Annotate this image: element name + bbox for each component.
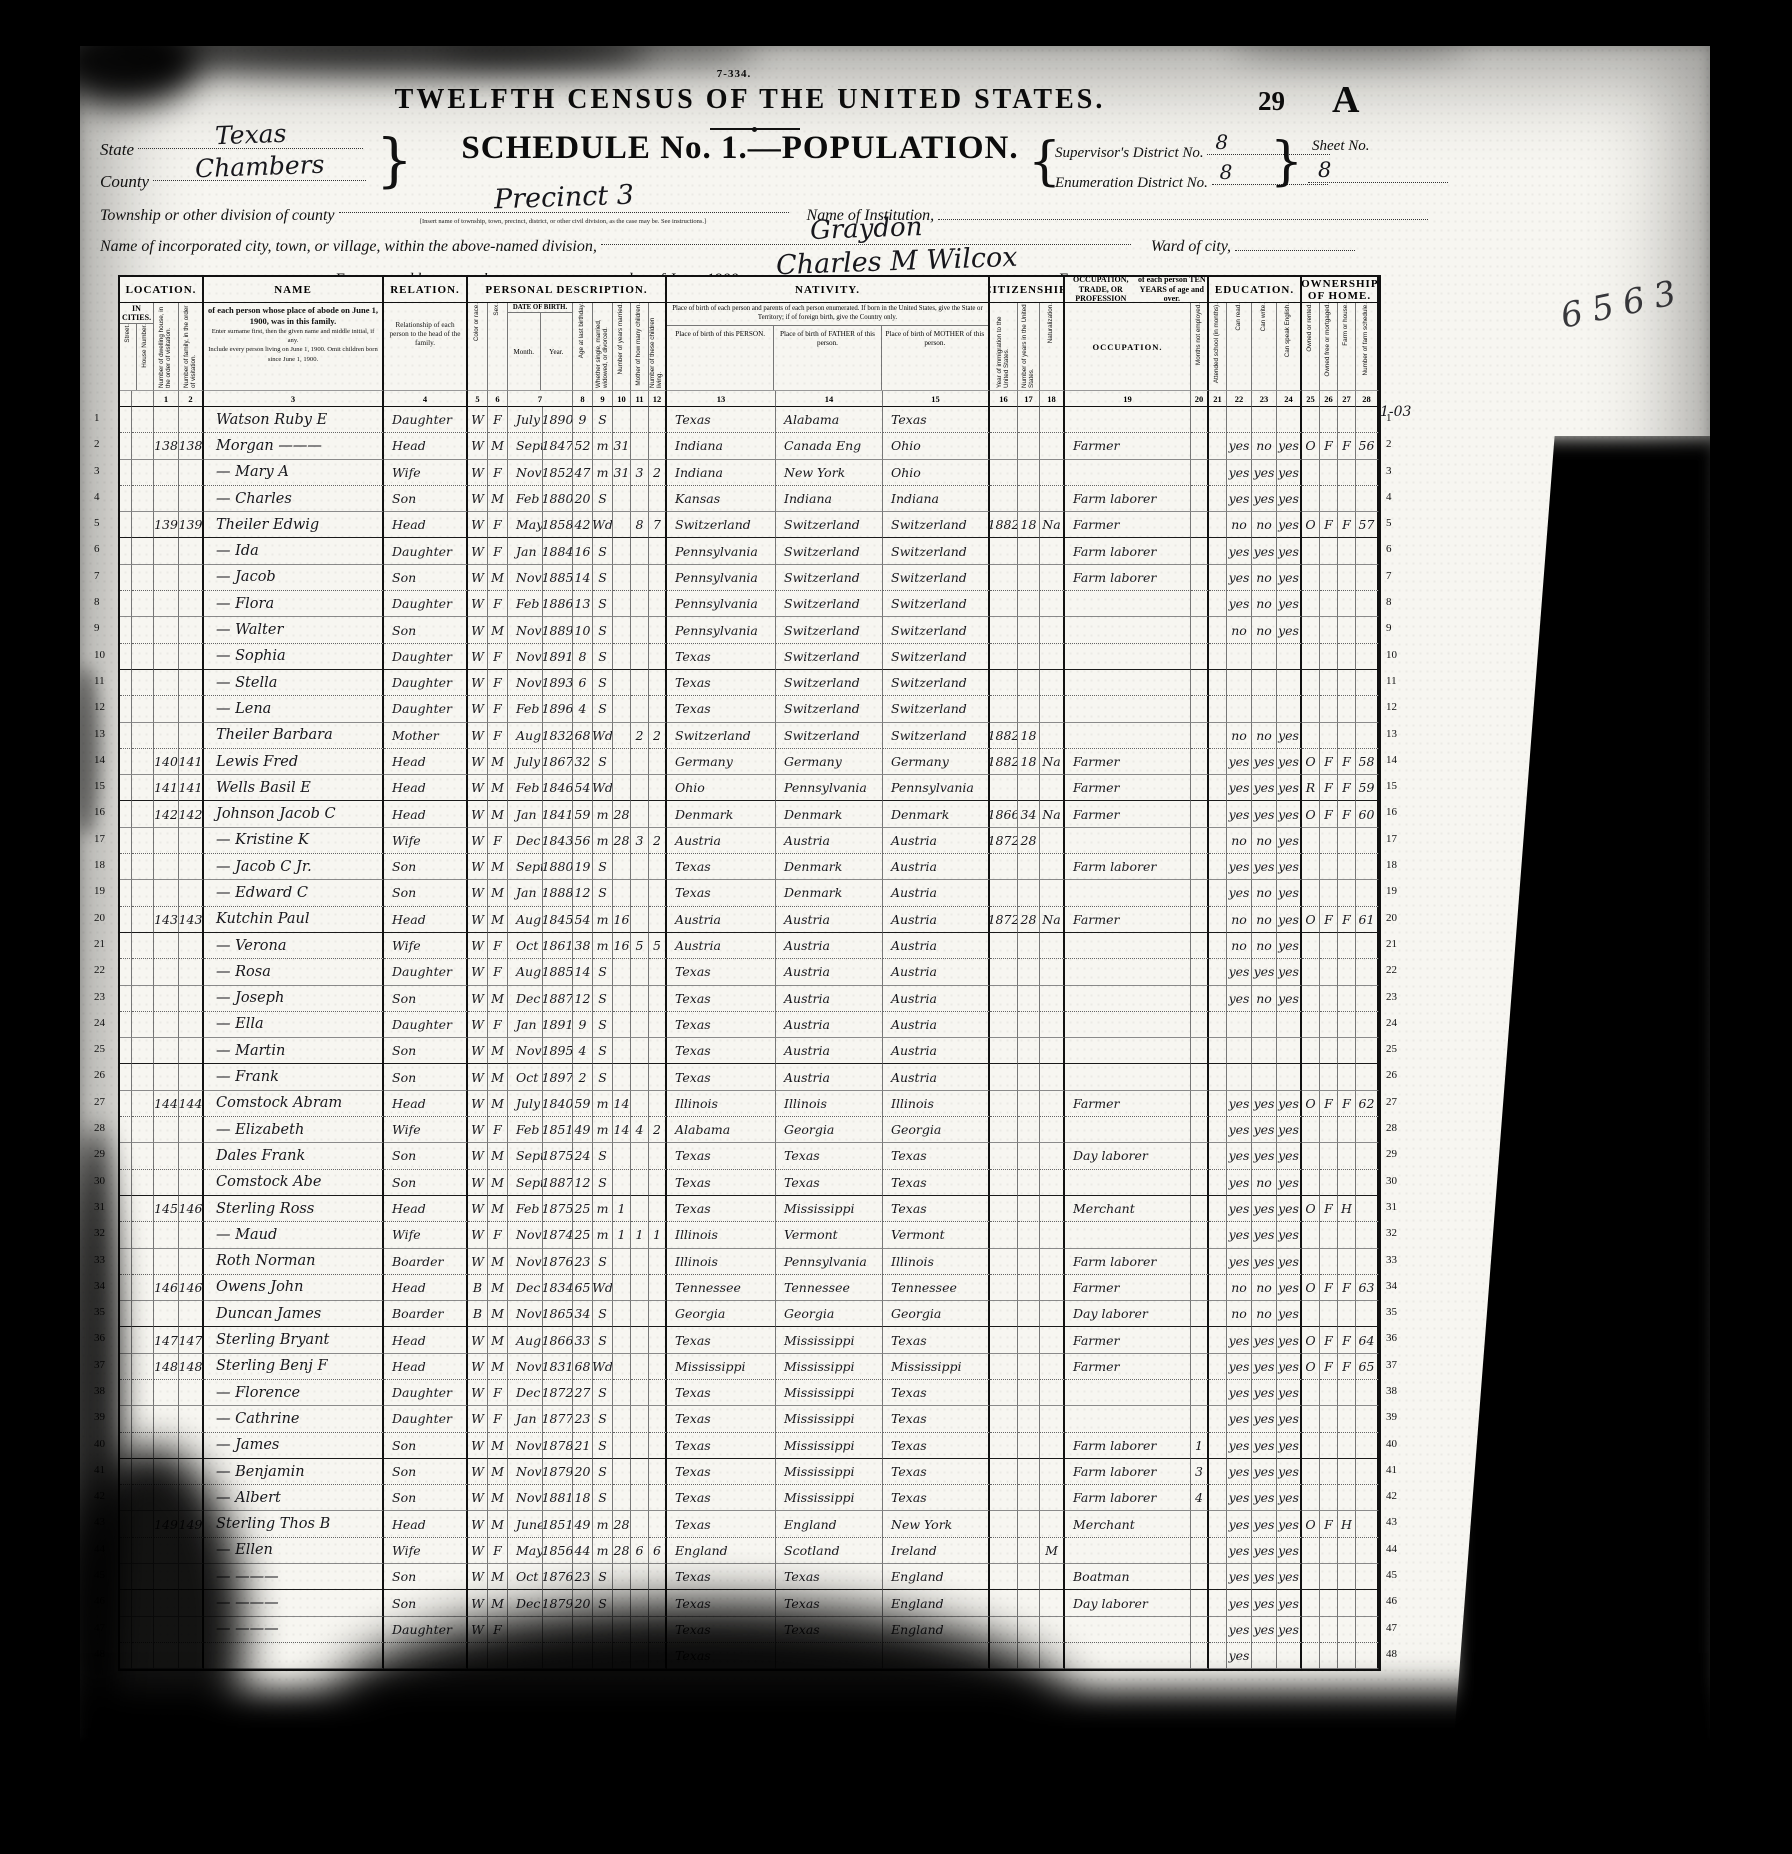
cell-naturalization <box>1040 959 1065 985</box>
occupation-group-line2: of each person TEN YEARS of age and over… <box>1137 277 1207 303</box>
cell-naturalization <box>1040 433 1065 459</box>
cell-birthplace: Austria <box>667 933 776 959</box>
cell-years-in-us <box>1018 1354 1040 1380</box>
cell-attended-school <box>1209 1511 1227 1537</box>
cell-years-married <box>613 1064 631 1090</box>
cell-race: W <box>468 959 488 985</box>
cell-relation: Daughter <box>384 670 468 696</box>
cell-birth-month: Jan <box>508 1012 543 1038</box>
cell-marital: S <box>593 1380 613 1406</box>
cell-marital: S <box>593 1327 613 1353</box>
cell-children-living <box>649 1511 667 1537</box>
cell-marital: S <box>593 591 613 617</box>
state-label: State <box>100 140 134 159</box>
cell-birth-month: Nov <box>508 1354 543 1380</box>
cell-occupation <box>1065 723 1191 749</box>
cell-birth-year: 1846 <box>543 775 573 801</box>
cell-owned-rented: O <box>1302 749 1320 775</box>
row-number: 7 <box>1386 563 1410 589</box>
cell-years-in-us <box>1018 1275 1040 1301</box>
cell-owned-free <box>1320 1038 1338 1064</box>
cell-street <box>120 828 132 854</box>
cell-farm-schedule <box>1356 565 1379 591</box>
cell-years-in-us <box>1018 1459 1040 1485</box>
column-number: 20 <box>1191 391 1209 407</box>
decorative: Can read. <box>1236 303 1243 333</box>
cell-birth-month: Jan <box>508 801 543 827</box>
cell-house-number <box>132 1590 154 1616</box>
cell-farm-schedule: 62 <box>1356 1091 1379 1117</box>
cell-age: 59 <box>573 801 593 827</box>
cell-months-not-employed <box>1191 775 1209 801</box>
cell-can-read: yes <box>1227 1590 1252 1616</box>
cell-immigration-year <box>990 1222 1018 1248</box>
cell-years-in-us <box>1018 407 1040 433</box>
cell-house-number <box>132 854 154 880</box>
cell-owned-free <box>1320 986 1338 1012</box>
cell-sex: F <box>488 644 508 670</box>
cell-father-birthplace: Pennsylvania <box>776 775 883 801</box>
cell-attended-school <box>1209 1249 1227 1275</box>
cell-father-birthplace: Switzerland <box>776 670 883 696</box>
cell-mother-birthplace: Texas <box>883 1143 990 1169</box>
cell-months-not-employed <box>1191 1064 1209 1090</box>
cell-birthplace: Texas <box>667 1143 776 1169</box>
cell-owned-free <box>1320 1301 1338 1327</box>
cell-years-in-us <box>1018 1196 1040 1222</box>
cell-father-birthplace: Texas <box>776 1590 883 1616</box>
cell-farm-house <box>1338 723 1356 749</box>
city-value: Graydon <box>809 212 922 246</box>
cell-marital: S <box>593 1406 613 1432</box>
cell-age: 12 <box>573 880 593 906</box>
cell-age: 56 <box>573 828 593 854</box>
cell-dwelling <box>154 538 179 564</box>
cell-can-write: no <box>1252 512 1277 538</box>
cell-attended-school <box>1209 1380 1227 1406</box>
cell-children-living <box>649 1485 667 1511</box>
cell-farm-schedule <box>1356 1617 1379 1643</box>
cell-race: W <box>468 538 488 564</box>
cell-can-write: yes <box>1252 1222 1277 1248</box>
cell-age: 23 <box>573 1564 593 1590</box>
cell-naturalization <box>1040 1064 1065 1090</box>
township-note: [Insert name of township, town, precinct… <box>348 218 778 225</box>
cell-years-married: 28 <box>613 828 631 854</box>
cell-months-not-employed <box>1191 1511 1209 1537</box>
cell-years-married: 28 <box>613 1538 631 1564</box>
cell-dwelling <box>154 854 179 880</box>
cell-birth-month: Jan <box>508 880 543 906</box>
cell-owned-rented <box>1302 1380 1320 1406</box>
cell-farm-schedule <box>1356 959 1379 985</box>
cell-dwelling: 149 <box>154 1511 179 1537</box>
cell-can-speak-english <box>1277 644 1302 670</box>
cell-birth-year: 1840 <box>543 1091 573 1117</box>
cell-months-not-employed <box>1191 959 1209 985</box>
cell-children-living <box>649 1459 667 1485</box>
row-number: 24 <box>94 1010 118 1036</box>
cell-can-speak-english: yes <box>1277 880 1302 906</box>
cell-attended-school <box>1209 1459 1227 1485</box>
cell-relation: Head <box>384 1327 468 1353</box>
cell-mother-of <box>631 1091 649 1117</box>
cell-mother-birthplace: Switzerland <box>883 591 990 617</box>
cell-birth-year: 1880 <box>543 486 573 512</box>
col-group-ownership_group: OWNERSHIP OF HOME. <box>1302 277 1379 303</box>
cell-farm-house: F <box>1338 1327 1356 1353</box>
cell-owned-rented <box>1302 460 1320 486</box>
cell-marital: m <box>593 828 613 854</box>
cell-marital: S <box>593 1301 613 1327</box>
cell-children-living <box>649 433 667 459</box>
cell-owned-rented: O <box>1302 1327 1320 1353</box>
cell-attended-school <box>1209 1222 1227 1248</box>
cell-months-not-employed: 1 <box>1191 1433 1209 1459</box>
cell-farm-schedule <box>1356 1511 1379 1537</box>
cell-relation: Head <box>384 1511 468 1537</box>
cell-immigration-year: 1866 <box>990 801 1018 827</box>
cell-family <box>179 959 204 985</box>
cell-dwelling <box>154 986 179 1012</box>
cell-birth-month: Aug <box>508 723 543 749</box>
cell-birth-year: 1886 <box>543 591 573 617</box>
cell-house-number <box>132 670 154 696</box>
cell-farm-schedule <box>1356 696 1379 722</box>
cell-can-write: no <box>1252 723 1277 749</box>
cell-father-birthplace: Switzerland <box>776 696 883 722</box>
cell-owned-rented <box>1302 1301 1320 1327</box>
cell-dwelling <box>154 460 179 486</box>
cell-years-in-us <box>1018 1038 1040 1064</box>
cell-birth-year: 1885 <box>543 565 573 591</box>
cell-owned-free <box>1320 565 1338 591</box>
cell-years-married <box>613 670 631 696</box>
cell-birth-month: Aug <box>508 907 543 933</box>
cell-owned-free <box>1320 1459 1338 1485</box>
cell-birth-year: 1843 <box>543 828 573 854</box>
cell-mother-birthplace: Texas <box>883 1459 990 1485</box>
row-numbers-right: 1234567891011121314151617181920212223242… <box>1386 405 1410 1667</box>
decorative: Months not employed. <box>1196 303 1203 367</box>
cell-years-in-us: 18 <box>1018 723 1040 749</box>
cell-years-married <box>613 1012 631 1038</box>
cell-attended-school <box>1209 591 1227 617</box>
cell-dwelling <box>154 1643 179 1669</box>
cell-house-number <box>132 1091 154 1117</box>
cell-birth-year: 1872 <box>543 1380 573 1406</box>
cell-birth-month: Dec <box>508 828 543 854</box>
cell-mother-of <box>631 1196 649 1222</box>
cell-attended-school <box>1209 407 1227 433</box>
cell-birth-month: Sept <box>508 433 543 459</box>
cell-sex: M <box>488 1143 508 1169</box>
cell-months-not-employed <box>1191 1643 1209 1669</box>
cell-months-not-employed <box>1191 1354 1209 1380</box>
row-number: 28 <box>94 1115 118 1141</box>
column-number: 12 <box>649 391 667 407</box>
cell-sex: M <box>488 1275 508 1301</box>
cell-can-speak-english: yes <box>1277 933 1302 959</box>
cell-age <box>573 1643 593 1669</box>
cell-mother-of <box>631 433 649 459</box>
cell-marital: Wd <box>593 723 613 749</box>
cell-race: W <box>468 986 488 1012</box>
cell-immigration-year: 1882 <box>990 749 1018 775</box>
cell-dwelling <box>154 1564 179 1590</box>
cell-can-read: yes <box>1227 775 1252 801</box>
cell-mother-birthplace: Austria <box>883 1064 990 1090</box>
cell-can-read: yes <box>1227 1564 1252 1590</box>
cell-relation <box>384 1643 468 1669</box>
cell-attended-school <box>1209 1354 1227 1380</box>
column-number: 7 <box>508 391 573 407</box>
cell-can-read: yes <box>1227 1327 1252 1353</box>
cell-mother-birthplace: Texas <box>883 1170 990 1196</box>
cell-owned-rented: O <box>1302 1275 1320 1301</box>
cell-children-living <box>649 1038 667 1064</box>
decorative: Whether single, married, widowed, or div… <box>596 303 610 390</box>
cell-attended-school <box>1209 512 1227 538</box>
cell-years-married <box>613 1485 631 1511</box>
column-number: 15 <box>883 391 990 407</box>
cell-name: — Charles <box>204 486 384 512</box>
cell-birth-year: 1896 <box>543 696 573 722</box>
cell-naturalization <box>1040 986 1065 1012</box>
cell-father-birthplace: Texas <box>776 1564 883 1590</box>
cell-children-living <box>649 1170 667 1196</box>
cell-occupation: Farmer <box>1065 1327 1191 1353</box>
cell-naturalization <box>1040 538 1065 564</box>
cell-street <box>120 512 132 538</box>
cell-dwelling <box>154 617 179 643</box>
cell-immigration-year <box>990 1433 1018 1459</box>
cell-can-speak-english: yes <box>1277 959 1302 985</box>
cell-mother-of <box>631 1249 649 1275</box>
cell-street <box>120 723 132 749</box>
cell-street <box>120 801 132 827</box>
cell-farm-house <box>1338 1222 1356 1248</box>
cell-owned-rented <box>1302 1170 1320 1196</box>
cell-farm-house: F <box>1338 1275 1356 1301</box>
cell-owned-rented: O <box>1302 1091 1320 1117</box>
cell-relation: Head <box>384 1196 468 1222</box>
cell-occupation: Farmer <box>1065 512 1191 538</box>
cell-birth-month: Dec <box>508 1380 543 1406</box>
cell-owned-rented <box>1302 1564 1320 1590</box>
cell-farm-schedule: 60 <box>1356 801 1379 827</box>
cell-owned-rented <box>1302 1406 1320 1432</box>
cell-can-speak-english: yes <box>1277 1617 1302 1643</box>
cell-birth-year: 1887 <box>543 1170 573 1196</box>
cell-relation: Head <box>384 1354 468 1380</box>
occupation-group-line1: OCCUPATION, TRADE, OR PROFESSION <box>1065 277 1137 303</box>
cell-birth-month: Feb <box>508 1196 543 1222</box>
cell-marital: m <box>593 1511 613 1537</box>
cell-occupation <box>1065 986 1191 1012</box>
scan-damage-topright <box>1230 30 1470 60</box>
cell-months-not-employed <box>1191 1038 1209 1064</box>
cell-family <box>179 828 204 854</box>
cell-occupation <box>1065 1170 1191 1196</box>
cell-mother-birthplace: Austria <box>883 933 990 959</box>
cell-can-write <box>1252 670 1277 696</box>
cell-house-number <box>132 1511 154 1537</box>
cell-birth-year: 1897 <box>543 1064 573 1090</box>
cell-can-speak-english: yes <box>1277 1590 1302 1616</box>
cell-can-write: no <box>1252 617 1277 643</box>
cell-farm-house: F <box>1338 907 1356 933</box>
cell-birthplace: Alabama <box>667 1117 776 1143</box>
cell-street <box>120 486 132 512</box>
cell-sex: F <box>488 696 508 722</box>
cell-name: — ——— <box>204 1590 384 1616</box>
cell-owned-rented <box>1302 880 1320 906</box>
cell-birth-month: Nov <box>508 644 543 670</box>
cell-sex: F <box>488 512 508 538</box>
cell-occupation <box>1065 670 1191 696</box>
cell-farm-schedule <box>1356 1564 1379 1590</box>
cell-owned-rented <box>1302 591 1320 617</box>
cell-can-write: yes <box>1252 959 1277 985</box>
row-number: 46 <box>94 1588 118 1614</box>
cell-age: 68 <box>573 723 593 749</box>
cell-family: 143 <box>179 907 204 933</box>
cell-dwelling <box>154 1406 179 1432</box>
cell-naturalization <box>1040 1590 1065 1616</box>
cell-family: 148 <box>179 1354 204 1380</box>
cell-birth-year: 1841 <box>543 801 573 827</box>
cell-mother-birthplace: Austria <box>883 1038 990 1064</box>
row-number: 13 <box>94 721 118 747</box>
column-number: 13 <box>667 391 776 407</box>
cell-relation: Head <box>384 749 468 775</box>
cell-sex: M <box>488 1511 508 1537</box>
cell-can-write: yes <box>1252 1433 1277 1459</box>
cell-birth-month: Oct <box>508 1564 543 1590</box>
cell-months-not-employed <box>1191 670 1209 696</box>
cell-months-not-employed <box>1191 986 1209 1012</box>
column-number: 26 <box>1320 391 1338 407</box>
cell-sex: M <box>488 1091 508 1117</box>
cell-years-in-us <box>1018 1485 1040 1511</box>
cell-farm-schedule <box>1356 1590 1379 1616</box>
cell-attended-school <box>1209 1012 1227 1038</box>
cell-marital: Wd <box>593 1275 613 1301</box>
cell-farm-schedule <box>1356 1301 1379 1327</box>
cell-can-speak-english: yes <box>1277 1538 1302 1564</box>
cell-birthplace: Texas <box>667 854 776 880</box>
cell-owned-rented <box>1302 696 1320 722</box>
cell-birthplace: Texas <box>667 407 776 433</box>
cell-occupation: Farmer <box>1065 433 1191 459</box>
cell-naturalization: Na <box>1040 907 1065 933</box>
cell-mother-of <box>631 1170 649 1196</box>
cell-birth-month: Sept <box>508 1143 543 1169</box>
cell-years-in-us <box>1018 696 1040 722</box>
ward-underline <box>1235 234 1355 251</box>
cell-family <box>179 1459 204 1485</box>
cell-children-living <box>649 486 667 512</box>
cell-children-living: 2 <box>649 1117 667 1143</box>
cell-years-in-us <box>1018 1301 1040 1327</box>
cell-mother-birthplace: Illinois <box>883 1091 990 1117</box>
cell-children-living <box>649 670 667 696</box>
cell-occupation <box>1065 644 1191 670</box>
cell-birthplace: Austria <box>667 907 776 933</box>
cell-mother-of <box>631 1459 649 1485</box>
cell-occupation <box>1065 1222 1191 1248</box>
cell-can-speak-english: yes <box>1277 723 1302 749</box>
cell-dwelling: 140 <box>154 749 179 775</box>
cell-can-speak-english: yes <box>1277 1170 1302 1196</box>
cell-immigration-year <box>990 1643 1018 1669</box>
cell-race: W <box>468 1249 488 1275</box>
cell-birthplace: Texas <box>667 1038 776 1064</box>
cell-can-write: no <box>1252 828 1277 854</box>
cell-father-birthplace: Mississippi <box>776 1406 883 1432</box>
cell-race: W <box>468 880 488 906</box>
cell-dwelling <box>154 1301 179 1327</box>
cell-birth-year: 1875 <box>543 1196 573 1222</box>
cell-dwelling: 144 <box>154 1091 179 1117</box>
cell-marital: S <box>593 1064 613 1090</box>
cell-can-write: yes <box>1252 1459 1277 1485</box>
cell-mother-birthplace: Austria <box>883 986 990 1012</box>
column-number: 28 <box>1356 391 1379 407</box>
cell-owned-rented <box>1302 1117 1320 1143</box>
cell-owned-rented <box>1302 644 1320 670</box>
cell-family <box>179 1380 204 1406</box>
scan-damage-top <box>110 28 650 74</box>
cell-family: 144 <box>179 1091 204 1117</box>
cell-mother-of <box>631 880 649 906</box>
cell-relation: Daughter <box>384 1406 468 1432</box>
cell-children-living <box>649 1249 667 1275</box>
cell-relation: Wife <box>384 460 468 486</box>
cell-attended-school <box>1209 1564 1227 1590</box>
row-number: 38 <box>94 1378 118 1404</box>
decorative: of each person whose place of abode on J… <box>208 305 378 326</box>
cell-farm-schedule <box>1356 1538 1379 1564</box>
cell-owned-rented: O <box>1302 907 1320 933</box>
cell-father-birthplace: Austria <box>776 1012 883 1038</box>
cell-race: W <box>468 1038 488 1064</box>
cell-years-married <box>613 723 631 749</box>
cell-owned-free: F <box>1320 1196 1338 1222</box>
scan-damage-right <box>1452 436 1722 1766</box>
cell-naturalization <box>1040 1433 1065 1459</box>
cell-years-in-us: 28 <box>1018 907 1040 933</box>
cell-farm-house: H <box>1338 1511 1356 1537</box>
cell-dwelling: 141 <box>154 775 179 801</box>
cell-name: — Ella <box>204 1012 384 1038</box>
cell-children-living <box>649 1091 667 1117</box>
cell-birth-year: 1895 <box>543 1038 573 1064</box>
cell-can-speak-english: yes <box>1277 433 1302 459</box>
cell-owned-free <box>1320 670 1338 696</box>
cell-farm-schedule <box>1356 1433 1379 1459</box>
cell-can-speak-english: yes <box>1277 486 1302 512</box>
cell-farm-schedule <box>1356 986 1379 1012</box>
cell-relation: Wife <box>384 1222 468 1248</box>
cell-house-number <box>132 1485 154 1511</box>
cell-street <box>120 1511 132 1537</box>
cell-race: W <box>468 1064 488 1090</box>
cell-family <box>179 1038 204 1064</box>
cell-race: W <box>468 1012 488 1038</box>
cell-can-speak-english: yes <box>1277 1117 1302 1143</box>
